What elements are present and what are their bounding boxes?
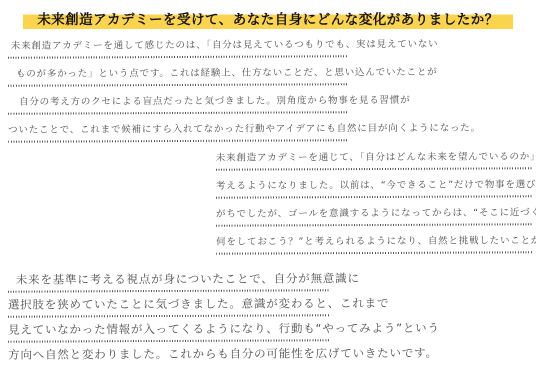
dotted-underline [8,111,348,114]
response-line: 見えていなかった情報が入ってくるようになり、行動も“やってみよう”という [8,321,330,342]
response-line: ついたことで、これまで候補にすら入れてなかった行動やアイデアにも自然に目が向くよ… [8,123,348,142]
response-line-text: 未来創造アカデミーを通して感じたのは、「自分は見えているつもりでも、実は見えてい… [8,39,348,52]
survey-feedback-page: 未来創造アカデミーを受けて、あなた自身にどんな変化がありましたか？ 未来創造アカ… [0,0,536,378]
dotted-underline [216,167,532,170]
response-line: 未来を基準に考える視点が身についたことで、自分が無意識に [8,271,330,292]
handwritten-response-3: 未来を基準に考える視点が身についたことで、自分が無意識に 選択肢を狭めていたこと… [8,271,330,366]
dotted-underline [8,339,330,342]
dotted-underline [216,195,532,198]
dotted-underline [216,251,532,254]
response-line: 未来創造アカデミーを通して感じたのは、「自分は見えているつもりでも、実は見えてい… [8,39,348,58]
response-line: がちでしたが、ゴールを意識するようになってからは、“そこに近づくために [216,207,532,226]
handwritten-response-1: 未来創造アカデミーを通して感じたのは、「自分は見えているつもりでも、実は見えてい… [8,39,348,152]
response-line-text: がちでしたが、ゴールを意識するようになってからは、“そこに近づくために [216,207,532,220]
response-line: 未来創造アカデミーを通じて、「自分はどんな未来を望んでいるのか」を [216,151,532,170]
response-line-text: 何をしておこう？”と考えられるようになり、自然と挑戦したいことが増えた感じがしま… [216,235,532,248]
page-title-text: 未来創造アカデミーを受けて、あなた自身にどんな変化がありましたか？ [23,7,513,30]
dotted-underline [8,83,348,86]
response-line: 考えるようになりました。以前は、“今できること”だけで物事を選び [216,179,532,198]
response-line: 何をしておこう？”と考えられるようになり、自然と挑戦したいことが増えた感じがしま… [216,235,532,254]
dotted-underline [216,223,532,226]
response-line-text: 方向へ自然と変わりました。これからも自分の可能性を広げていきたいです。 [8,346,330,361]
dotted-underline [8,314,330,317]
response-line-text: 未来を基準に考える視点が身についたことで、自分が無意識に [8,271,330,286]
response-line: 自分の考え方のクセによる盲点だったと気づきました。別角度から物事を見る習慣が [8,95,348,114]
page-title: 未来創造アカデミーを受けて、あなた自身にどんな変化がありましたか？ [0,7,536,30]
response-line-text: 選択肢を狭めていたことに気づきました。意識が変わると、これまで [8,296,330,311]
response-line-text: ついたことで、これまで候補にすら入れてなかった行動やアイデアにも自然に目が向くよ… [8,123,348,136]
response-line: 選択肢を狭めていたことに気づきました。意識が変わると、これまで [8,296,330,317]
response-line: ものが多かった」という点です。これは経験上、仕方ないことだ、と思い込んでいたこと… [8,67,348,86]
dotted-underline [8,55,348,58]
response-line-text: 自分の考え方のクセによる盲点だったと気づきました。別角度から物事を見る習慣が [8,95,348,108]
response-line-text: 考えるようになりました。以前は、“今できること”だけで物事を選び [216,179,532,192]
response-line-text: ものが多かった」という点です。これは経験上、仕方ないことだ、と思い込んでいたこと… [8,67,348,80]
dotted-underline [8,139,348,142]
handwritten-response-2: 未来創造アカデミーを通じて、「自分はどんな未来を望んでいるのか」を 考えるように… [216,151,532,264]
response-line: 方向へ自然と変わりました。これからも自分の可能性を広げていきたいです。 [8,346,330,361]
response-line-text: 未来創造アカデミーを通じて、「自分はどんな未来を望んでいるのか」を [216,151,532,164]
response-line-text: 見えていなかった情報が入ってくるようになり、行動も“やってみよう”という [8,321,330,336]
dotted-underline [8,289,330,292]
